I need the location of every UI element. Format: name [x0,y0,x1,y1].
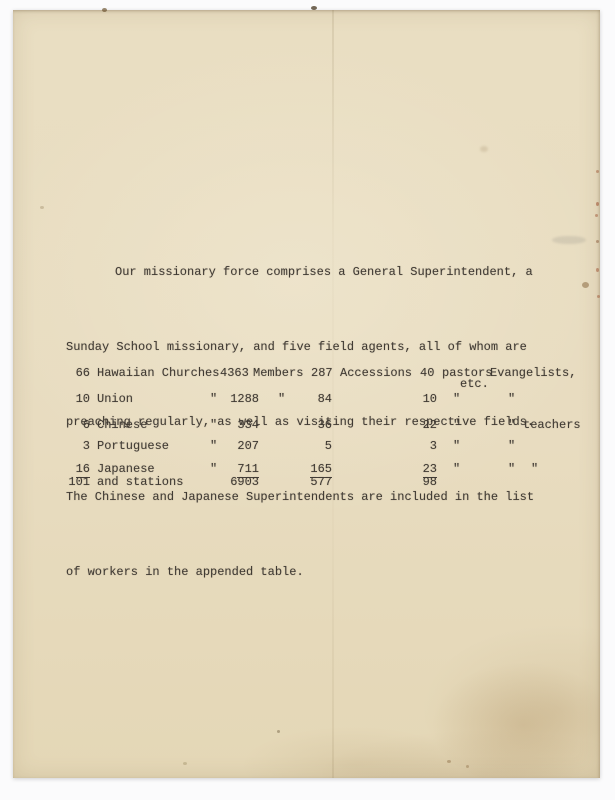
church-type: Chinese [97,418,147,432]
church-type: Union [97,392,133,406]
paragraph-line: Sunday School missionary, and five field… [66,335,548,360]
pastors-count: 10 [404,392,437,406]
pastors-count: 3 [404,439,437,453]
ditto-mark: " [453,439,460,453]
table-row: 6 Chinese " 334 36 22 " " teachers [0,418,615,432]
extra-label: teachers [523,418,581,432]
pastors-count: 23 [404,462,437,476]
ditto-mark: " [508,418,515,432]
ditto-mark: " [453,462,460,476]
table-row: 16 Japanese " 711 165 23 " " " [0,462,615,476]
members-count: 334 [213,418,259,432]
pastors-total: 98 [404,475,437,489]
accessions-count: 84 [296,392,332,406]
members-total: 6903 [213,475,259,489]
ditto-mark: " [278,392,285,406]
paragraph-line: of workers in the appended table. [66,560,548,585]
church-type: Portuguese [97,439,169,453]
church-count: 6 [58,418,90,432]
accessions-count: 5 [296,439,332,453]
ditto-mark: " [531,462,538,476]
accessions-count: 36 [296,418,332,432]
accessions-total: 577 [296,475,332,489]
accessions-count: 165 [296,462,332,476]
pastors-count: 22 [404,418,437,432]
totals-label: and stations [97,475,183,489]
table-totals-row: 101 and stations 6903 577 98 [0,475,615,489]
table-header-row-2: etc. [0,377,615,391]
etc-label: etc. [460,377,489,391]
scanned-document-page: { "colors": { "background": "#fbfbfc", "… [0,0,615,800]
church-count: 16 [58,462,90,476]
ditto-mark: " [453,392,460,406]
ditto-mark: " [508,392,515,406]
table-row: 3 Portuguese " 207 5 3 " " [0,439,615,453]
church-count: 3 [58,439,90,453]
table-row: 10 Union " 1288 " 84 10 " " [0,392,615,406]
typewritten-content: Our missionary force comprises a General… [0,0,615,800]
members-count: 711 [213,462,259,476]
ditto-mark: " [453,418,460,432]
ditto-mark: " [508,439,515,453]
members-count: 1288 [213,392,259,406]
members-count: 207 [213,439,259,453]
paragraph-line: Our missionary force comprises a General… [66,260,548,285]
church-type: Japanese [97,462,155,476]
church-count: 10 [58,392,90,406]
ditto-mark: " [508,462,515,476]
church-count-total: 101 [58,475,90,489]
